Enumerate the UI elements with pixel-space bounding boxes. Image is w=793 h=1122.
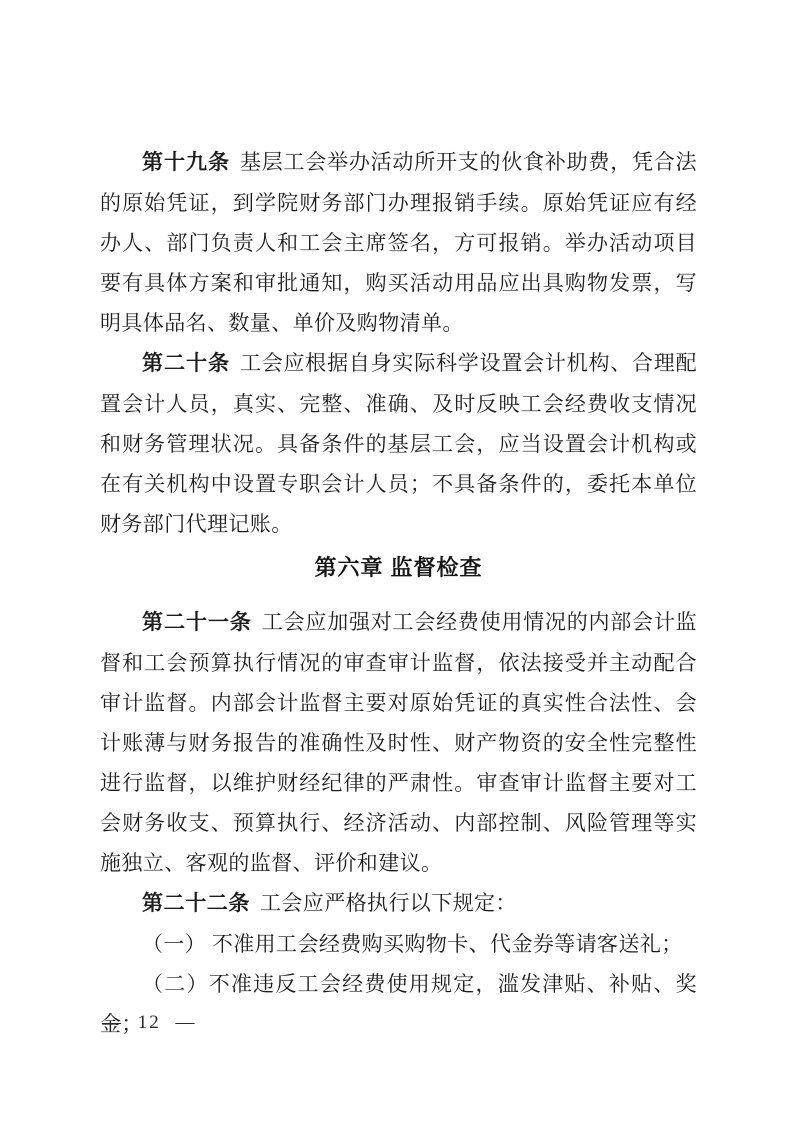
article-22-text: 工会应严格执行以下规定： <box>260 891 517 915</box>
document-page: 第十九条基层工会举办活动所开支的伙食补助费，凭合法的原始凭证，到学院财务部门办理… <box>0 0 793 1122</box>
paragraph-article-19: 第十九条基层工会举办活动所开支的伙食补助费，凭合法的原始凭证，到学院财务部门办理… <box>100 142 697 343</box>
article-19-text: 基层工会举办活动所开支的伙食补助费，凭合法的原始凭证，到学院财务部门办理报销手续… <box>100 150 697 335</box>
paragraph-article-22: 第二十二条工会应严格执行以下规定： <box>100 883 697 924</box>
article-20-label: 第二十条 <box>142 352 230 375</box>
article-21-label: 第二十一条 <box>142 611 252 634</box>
article-22-label: 第二十二条 <box>142 892 250 915</box>
list-item-1: （一） 不准用工会经费购买购物卡、代金券等请客送礼； <box>100 924 697 964</box>
article-21-text: 工会应加强对工会经费使用情况的内部会计监督和工会预算执行情况的审查审计监督，依法… <box>100 610 697 875</box>
chapter-6-heading: 第六章 监督检查 <box>100 548 697 588</box>
article-19-label: 第十九条 <box>142 151 230 174</box>
page-number: — 12 — <box>102 1008 197 1038</box>
paragraph-article-20: 第二十条工会应根据自身实际科学设置会计机构、合理配置会计人员，真实、完整、准确、… <box>100 343 697 544</box>
document-body: 第十九条基层工会举办活动所开支的伙食补助费，凭合法的原始凭证，到学院财务部门办理… <box>100 142 697 1044</box>
paragraph-article-21: 第二十一条工会应加强对工会经费使用情况的内部会计监督和工会预算执行情况的审查审计… <box>100 602 697 883</box>
article-20-text: 工会应根据自身实际科学设置会计机构、合理配置会计人员，真实、完整、准确、及时反映… <box>100 351 697 536</box>
